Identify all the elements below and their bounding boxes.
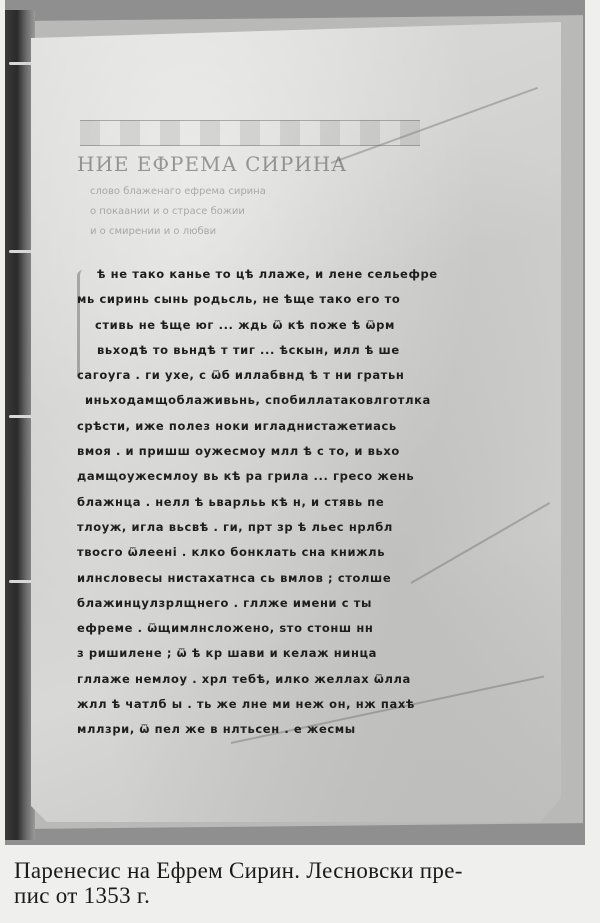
text-line: вьходѣ то вьндѣ т тиг ... ѣскын, илл ѣ ш… [77, 338, 477, 363]
faded-line: и о смирении и о любви [90, 226, 450, 237]
text-line: твосго ѿлеенi . клко бонклать сна книжль [77, 540, 477, 565]
text-line: гллаже немлоу . хрл тебѣ, илко желлах ѿл… [77, 667, 477, 692]
text-line: вмоя . и пришш оужесмоу млл ѣ с то, и вь… [77, 439, 477, 464]
text-line: ефреме . ѿщимлнсложено, ѕто стонш нн [77, 616, 477, 641]
caption-line-2: пис от 1353 г. [14, 883, 594, 908]
text-line: мллзри, ѿ пел же в нлтьсен . е жесмы [77, 717, 477, 742]
text-line: дамщоужесмлоу вь кѣ ра грила ... гресо ж… [77, 464, 477, 489]
caption-line-1: Паренесис на Ефрем Сирин. Лесновски пре- [14, 858, 594, 883]
text-line: иньходамщоблаживьнь, спобиллатаковлготлк… [77, 388, 477, 413]
manuscript-text: ѣ не тако канье то цѣ ллаже, и лене сель… [77, 262, 477, 743]
faded-line: о покаании и о страсе божии [90, 206, 450, 217]
text-line: тлоуж, игла вьсвѣ . ги, прт зр ѣ льес нр… [77, 515, 477, 540]
text-line: срѣсти, иже полез ноки игладнистажетиась [77, 414, 477, 439]
book-spine [5, 10, 35, 840]
text-line: блажнца . нелл ѣ ьварльь кѣ н, и стявь п… [77, 490, 477, 515]
text-line: стивь не ѣще юг ... ждь ѿ кѣ поже ѣ ѿрм [77, 313, 477, 338]
text-line: мь сиринь сынь родьсль, не ѣще тако его … [77, 287, 477, 312]
text-line: з ришилене ; ѿ ѣ кр шави и келаж нинца [77, 641, 477, 666]
text-line: илнсловесы нистахатнса сь вмлов ; столше [77, 566, 477, 591]
text-line: сагоуга . ги ухе, с ѿб иллабвнд ѣ т ни г… [77, 363, 477, 388]
manuscript-photograph: НИЕ ЕФРЕМА СИРИНА слово блаженаго ефрема… [5, 0, 585, 845]
figure-caption: Паренесис на Ефрем Сирин. Лесновски пре-… [14, 858, 594, 908]
manuscript-title: НИЕ ЕФРЕМА СИРИНА [77, 152, 437, 176]
faded-line: слово блаженаго ефрема сирина [90, 186, 450, 197]
text-line: ѣ не тако канье то цѣ ллаже, и лене сель… [77, 262, 477, 287]
text-line: блажинцулзрлщнего . гллже имени с ты [77, 591, 477, 616]
text-line: жлл ѣ чатлб ы . ть же лне ми неж он, нж … [77, 692, 477, 717]
ornamental-headpiece [80, 120, 420, 146]
